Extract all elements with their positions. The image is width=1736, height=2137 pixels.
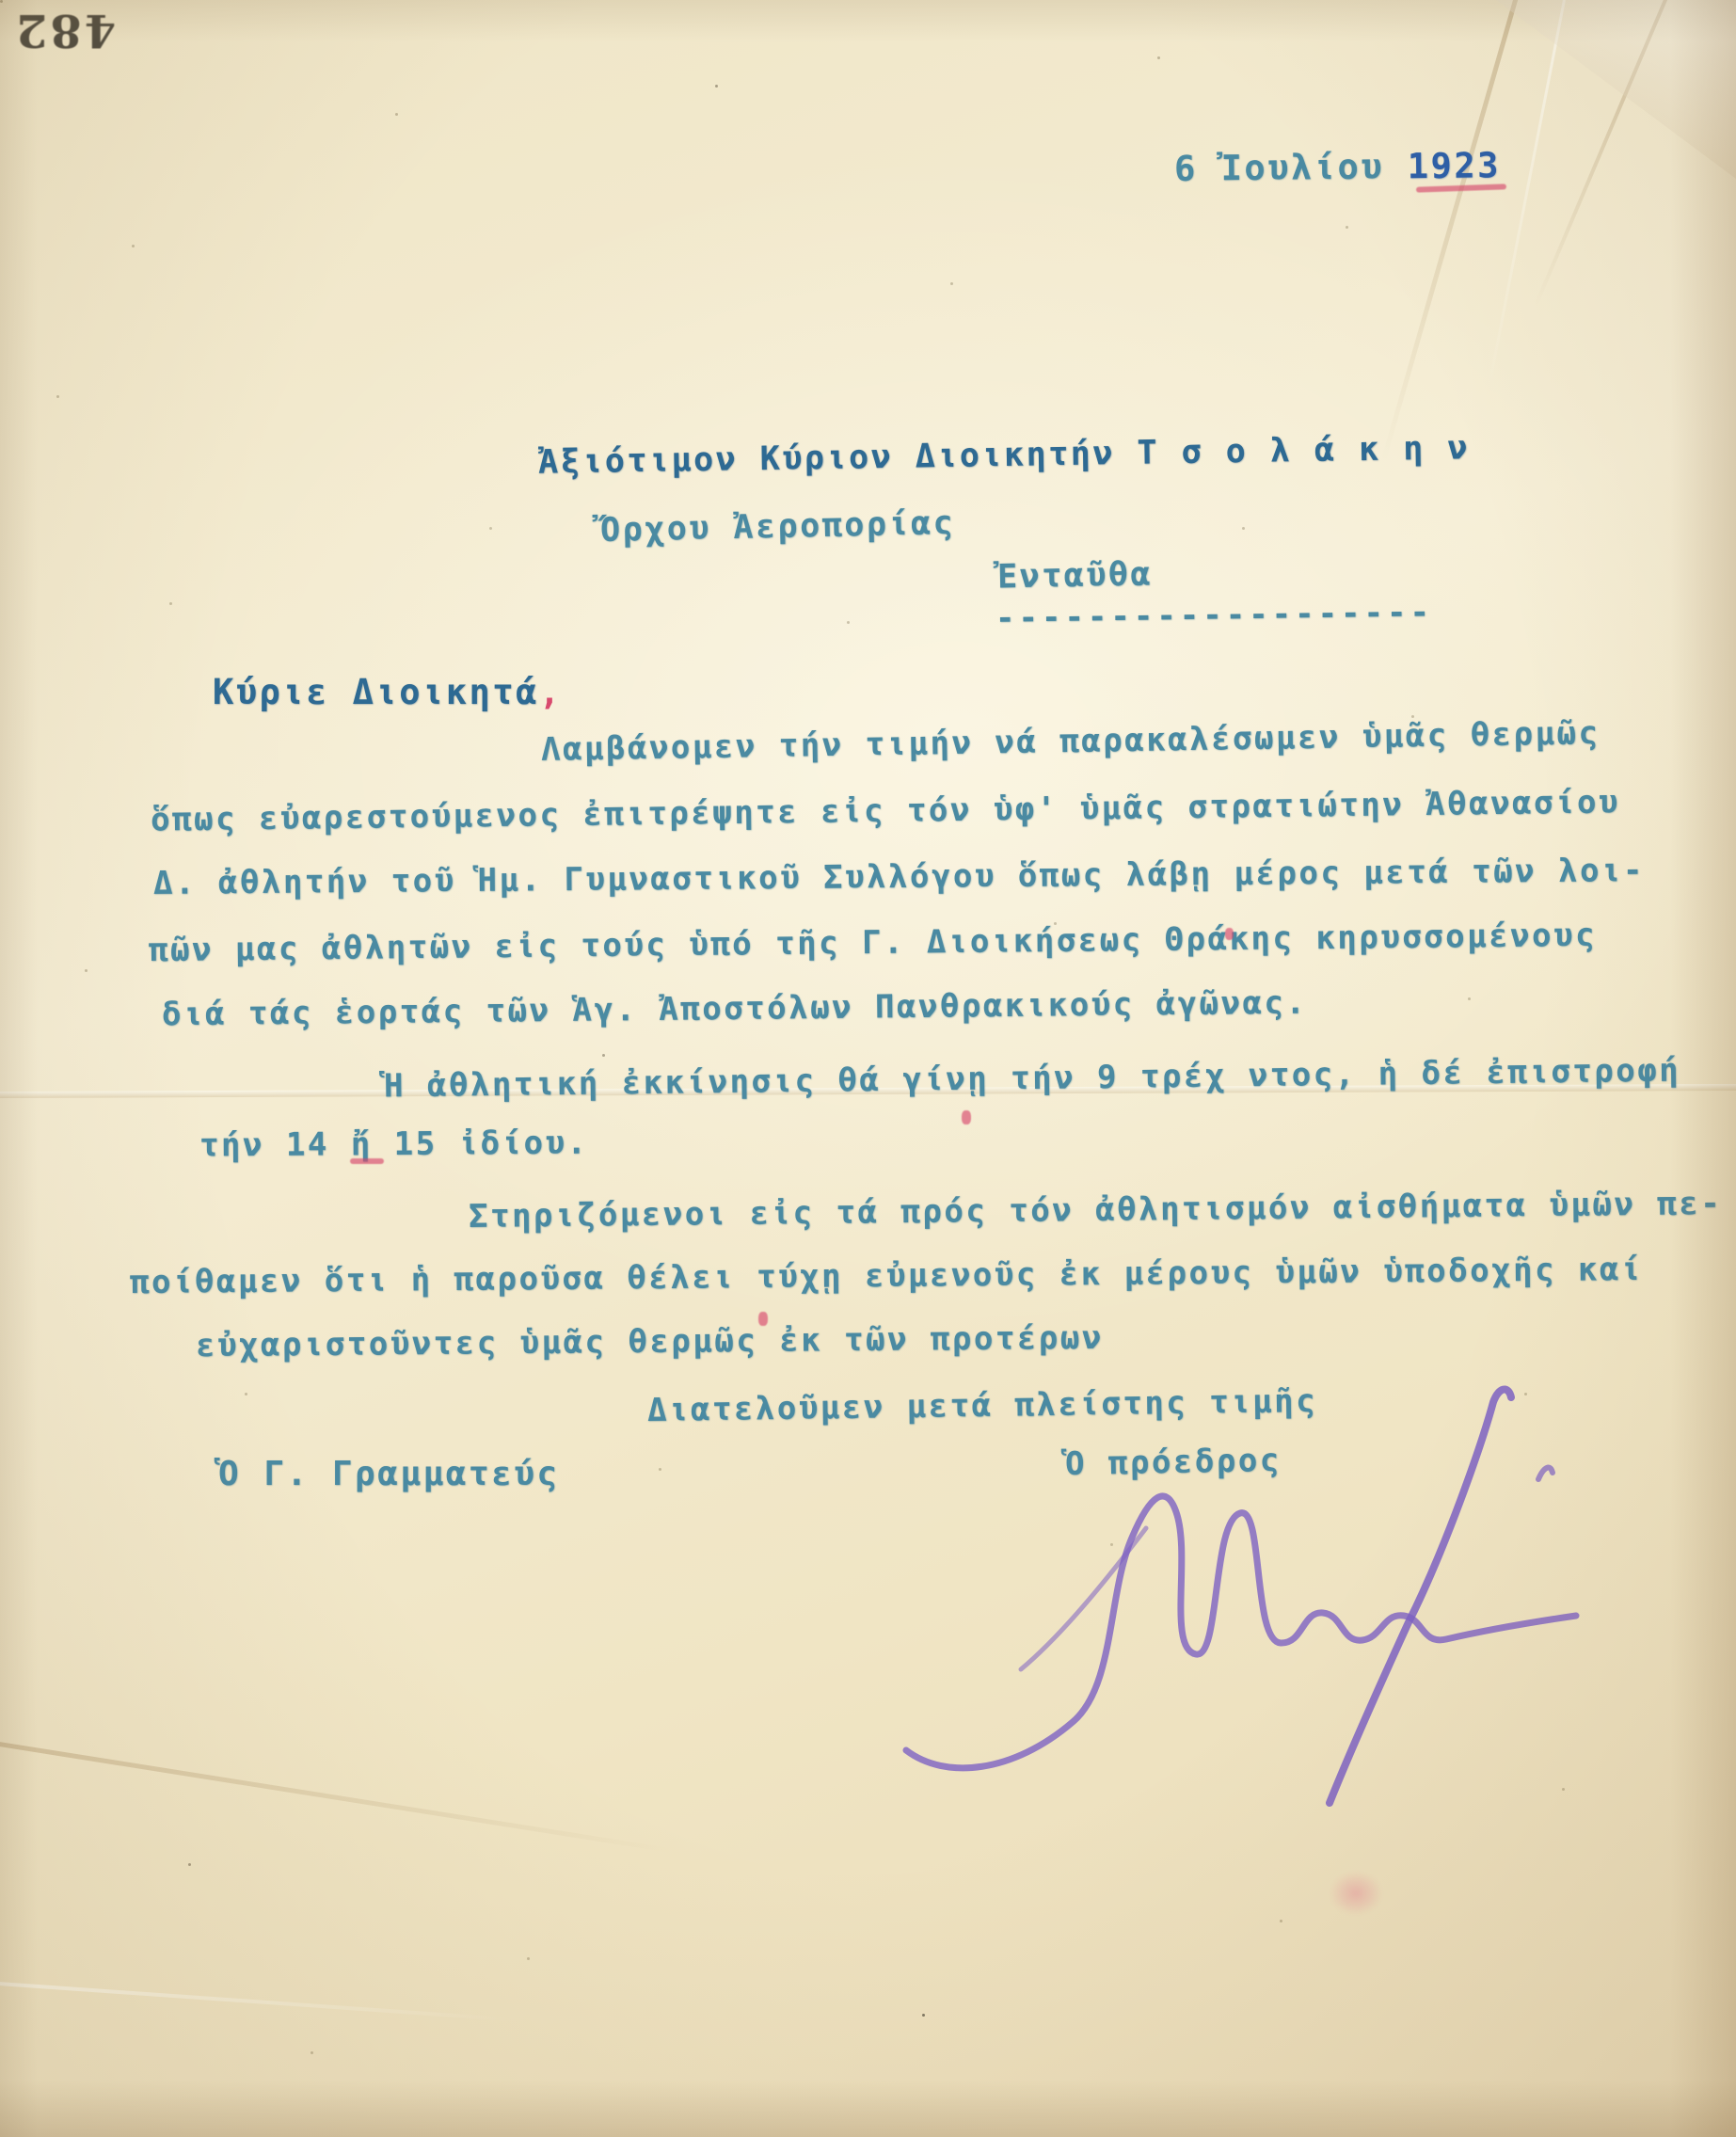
secretary-title: Ὁ Γ. Γραμματεύς (218, 1455, 560, 1493)
pink-smudge (1329, 1871, 1383, 1916)
body-line: ποίθαμεν ὅτι ἡ παροῦσα θέλει τύχῃ εὐμενο… (130, 1251, 1643, 1301)
date-year: 1923 (1408, 145, 1502, 186)
salutation-text: Κύριε Διοικητά (213, 672, 539, 712)
body-line: Στηριζόμενοι εἰς τά πρός τόν ἀθλητισμόν … (469, 1185, 1723, 1236)
paper-crease (0, 1737, 674, 1854)
date-line: 6 Ἰουλίου 1923 (1174, 145, 1501, 189)
body-line: Λαμβάνομεν τήν τιμήν νά παρακαλέσωμεν ὑμ… (541, 714, 1601, 769)
body-line: Ἡ ἀθλητική ἐκκίνησις θά γίνῃ τήν 9 τρέχ … (384, 1052, 1681, 1106)
body-line: Δ. ἀθλητήν τοῦ Ἡμ. Γυμναστικοῦ Συλλόγου … (153, 852, 1645, 902)
body-line: διά τάς ἑορτάς τῶν Ἁγ. Ἀποστόλων Πανθρακ… (162, 984, 1308, 1034)
body-line: πῶν μας ἀθλητῶν εἰς τούς ὑπό τῆς Γ. Διοι… (149, 917, 1597, 969)
recipient-line-2: Ὄρχου Ἀεροπορίας (600, 504, 956, 550)
recipient-line-3: Ἐνταῦθα (997, 556, 1154, 597)
paper-crease (0, 1981, 517, 2021)
recipient-dashed-underline: ------------------- (995, 594, 1433, 637)
paper-crease (1534, 0, 1669, 307)
red-ink-mark (962, 1110, 971, 1124)
recipient-line-1: Ἀξιότιμον Κύριον Διοικητήν Τ σ ο λ ά κ η… (538, 429, 1471, 482)
body-line: ὅπως εὐαρεστούμενος ἐπιτρέψητε εἰς τόν ὑ… (151, 783, 1620, 838)
handwritten-signature (880, 1376, 1595, 1809)
letter-page: 482 6 Ἰουλίου 1923 Ἀξιότιμον Κύριον Διοι… (0, 0, 1736, 2137)
paper-crease (1487, 0, 1574, 391)
paper-crease (1381, 0, 1531, 461)
salutation-comma: , (539, 672, 563, 712)
archive-page-number: 482 (13, 4, 116, 56)
date-month: Ἰουλίου (1220, 146, 1384, 188)
body-line: τήν 14 ἤ 15 ἰδίου. (199, 1124, 589, 1165)
date-day: 6 (1174, 149, 1198, 189)
body-line: εὐχαριστοῦντες ὑμᾶς θερμῶς ἐκ τῶν προτέρ… (196, 1319, 1104, 1364)
salutation: Κύριε Διοικητά, (213, 672, 563, 712)
corner-fold (1496, 0, 1736, 179)
